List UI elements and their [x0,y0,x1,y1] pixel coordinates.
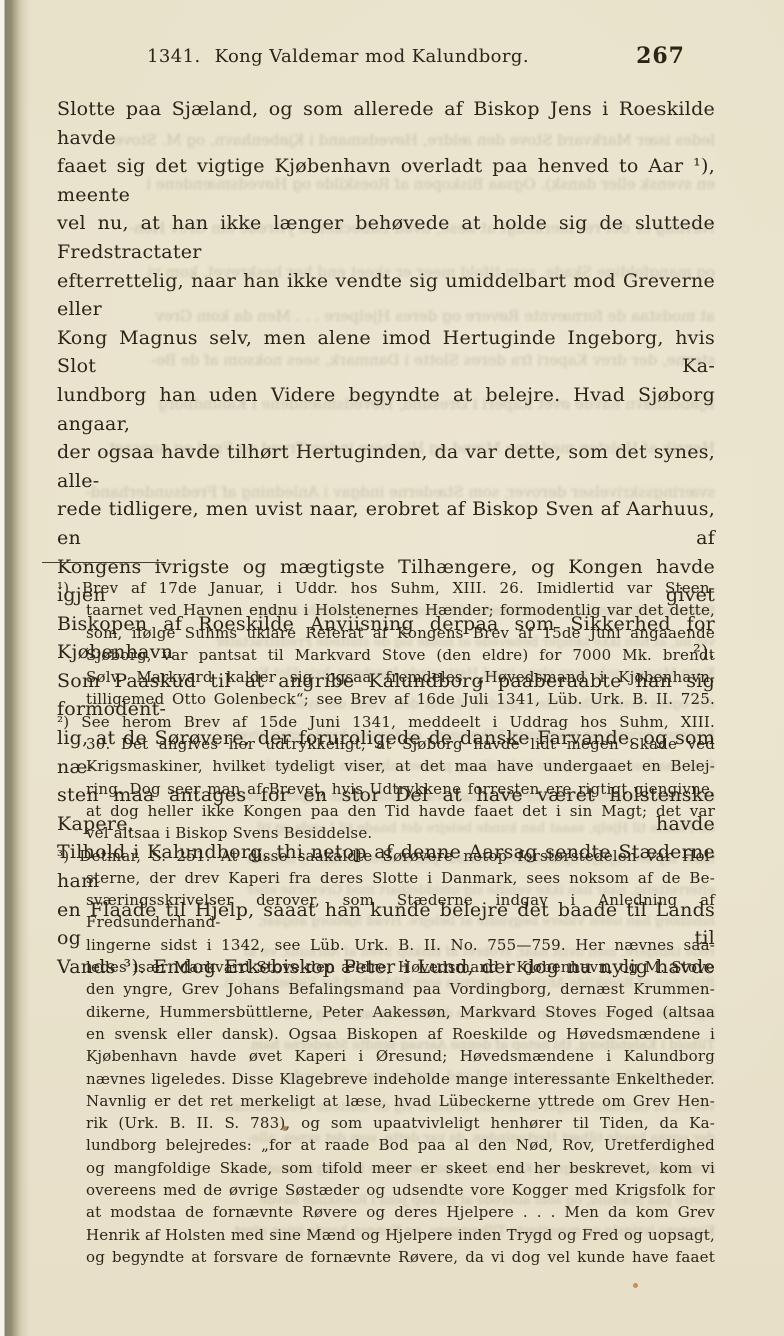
footnote-line: en svensk eller dansk). Ogsaa Biskopen a… [86,1023,715,1045]
footnote-line: taarnet ved Havnen endnu i Holstenernes … [86,599,715,621]
header-title: Kong Valdemar mod Kalundborg. [215,46,529,67]
footnote-line: dikerne, Hummersbüttlerne, Peter Aakessø… [86,1001,715,1023]
footnote-line: overeens med de øvrige Søstæder og udsen… [86,1179,715,1201]
main-text-line: rede tidligere, men uvist naar, erobret … [57,495,715,552]
footnote-line: ledes især Markvard Stove den ældre, Høv… [86,956,715,978]
footnote-line: Sjøborg, var pantsat til Markvard Stove … [86,644,715,666]
main-text-line: efterrettelig, naar han ikke vendte sig … [57,267,715,324]
main-text-line: faaet sig det vigtige Kjøbenhavn overlad… [57,152,715,209]
footnote-line: ³) Detmar, S. 251. At disse saakaldte Sø… [86,845,715,867]
footnote-line: lingerne sidst i 1342, see Lüb. Urk. B. … [86,934,715,956]
footnote-line: Navnlig er det ret merkeligt at læse, hv… [86,1090,715,1112]
footnote-line: og mangfoldige Skade, som tifold meer er… [86,1157,715,1179]
footnote-line: Krigsmaskiner, hvilket tydeligt viser, a… [86,755,715,777]
footnote-line: Kjøbenhavn havde øvet Kaperi i Øresund; … [86,1045,715,1067]
footnote-line: Henrik af Holsten med sine Mænd og Hjelp… [86,1224,715,1246]
footnote-line: at modstaa de fornævnte Røvere og deres … [86,1201,715,1223]
book-page: ledes især Markvard Stove den ældre, Høv… [0,0,784,1336]
footnote-line: ¹) Brev af 17de Januar, i Uddr. hos Suhm… [86,577,715,599]
running-header: 1341.Kong Valdemar mod Kalundborg. 267 [57,46,715,72]
footnote-line: som, ifølge Suhms uklare Referat af Kong… [86,622,715,644]
footnote-separator-rule [42,562,166,563]
footnote-3: ³) Detmar, S. 251. At disse saakaldte Sø… [57,845,715,1269]
footnote-line: at dog heller ikke Kongen paa den Tid ha… [86,800,715,822]
foxing-spot [633,1283,638,1288]
footnote-line: sterne, der drev Kaperi fra deres Slotte… [86,867,715,889]
footnote-line: vel altsaa i Biskop Svens Besiddelse. [86,822,715,844]
page-number: 267 [636,43,685,69]
footnote-line: den yngre, Grev Johans Befalingsmand paa… [86,978,715,1000]
footnote-line: rik (Urk. B. II. S. 783), og som upaatvi… [86,1112,715,1134]
header-year: 1341. [147,46,201,67]
header-caption: 1341.Kong Valdemar mod Kalundborg. [57,46,619,67]
main-text-line: der ogsaa havde tilhørt Hertuginden, da … [57,438,715,495]
footnote-line: nævnes ligeledes. Disse Klagebreve indeh… [86,1068,715,1090]
footnote-line: lundborg belejredes: „for at raade Bod p… [86,1134,715,1156]
footnote-line: ²) See herom Brev af 15de Juni 1341, med… [86,711,715,733]
main-text-line: Slotte paa Sjæland, og som allerede af B… [57,95,715,152]
footnote-line: tilligemed Otto Golenbeck“; see Brev af … [86,688,715,710]
foxing-spot [282,1126,288,1131]
footnote-2: ²) See herom Brev af 15de Juni 1341, med… [57,711,715,845]
main-text-line: lundborg han uden Videre begyndte at bel… [57,381,715,438]
main-text-line: vel nu, at han ikke længer behøvede at h… [57,209,715,266]
main-text-line: Kong Magnus selv, men alene imod Hertugi… [57,324,715,381]
footnote-line: ring. Dog seer man af Brevet, hvis Udtry… [86,778,715,800]
footnote-line: og begyndte at forsvare de fornævnte Røv… [86,1246,715,1268]
footnote-line: sværingsskrivelser derover, som Stæderne… [86,889,715,934]
left-binding-shadow [0,0,30,1336]
footnote-section: ¹) Brev af 17de Januar, i Uddr. hos Suhm… [57,577,715,1268]
footnote-1: ¹) Brev af 17de Januar, i Uddr. hos Suhm… [57,577,715,711]
footnote-line: Sølv. Markvard kalder sig ogsaa fremdele… [86,666,715,688]
footnote-line: 30. Det angives her udtrykkeligt, at Sjø… [86,733,715,755]
